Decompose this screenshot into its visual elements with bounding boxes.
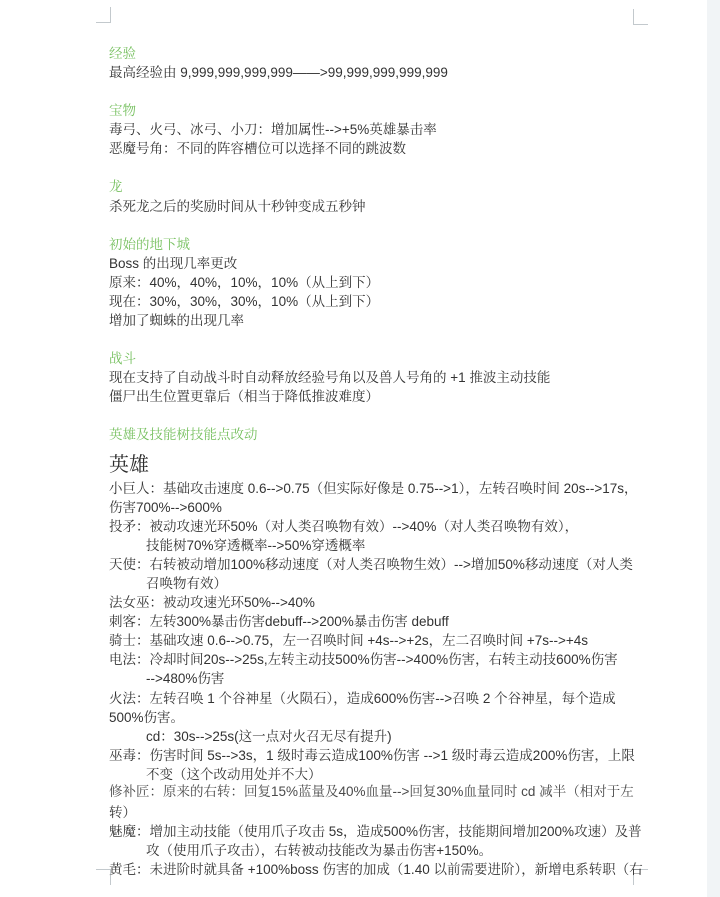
text-line: 刺客：左转300%暴击伤害debuff-->200%暴击伤害 debuff bbox=[109, 612, 654, 631]
document-content: 经验最高经验由 9,999,999,999,999——>99,999,999,9… bbox=[109, 0, 654, 879]
section-heading: 初始的地下城 bbox=[109, 235, 654, 254]
text-line: 毒弓、火弓、冰弓、小刀：增加属性-->+5%英雄暴击率 bbox=[109, 120, 654, 139]
text-line: 恶魔号角：不同的阵容槽位可以选择不同的跳波数 bbox=[109, 139, 654, 158]
text-line: 最高经验由 9,999,999,999,999——>99,999,999,999… bbox=[109, 63, 654, 82]
section-heading: 龙 bbox=[109, 177, 654, 196]
text-line: 增加了蜘蛛的出现几率 bbox=[109, 311, 654, 330]
text-line: 500%伤害。 bbox=[109, 708, 654, 727]
text-line: 魅魔：增加主动技能（使用爪子攻击 5s，造成500%伤害，技能期间增加200%攻… bbox=[109, 822, 654, 841]
text-line: 电法：冷却时间20s-->25s,左转主动技500%伤害-->400%伤害，右转… bbox=[109, 650, 654, 669]
text-line: 现在：30%，30%，30%，10%（从上到下） bbox=[109, 292, 654, 311]
text-line: 修补匠：原来的右转：回复15%蓝量及40%血量-->回复30%血量同时 cd 减… bbox=[109, 784, 654, 803]
text-line: 巫毒：伤害时间 5s-->3s，1 级时毒云造成100%伤害 -->1 级时毒云… bbox=[109, 746, 654, 765]
text-line: 攻（使用爪子攻击），右转被动技能改为暴击伤害+150%。 bbox=[109, 841, 654, 860]
section-heading: 战斗 bbox=[109, 349, 654, 368]
page-heading: 英雄 bbox=[109, 451, 654, 479]
text-line: 僵尸出生位置更靠后（相当于降低推波难度） bbox=[109, 387, 654, 406]
text-line: 杀死龙之后的奖励时间从十秒钟变成五秒钟 bbox=[109, 197, 654, 216]
text-line: 火法：左转召唤 1 个谷神星（火陨石），造成600%伤害-->召唤 2 个谷神星… bbox=[109, 689, 654, 708]
section-heading: 宝物 bbox=[109, 101, 654, 120]
text-line: 法女巫：被动攻速光环50%-->40% bbox=[109, 593, 654, 612]
section-heading: 经验 bbox=[109, 44, 654, 63]
text-line: cd：30s-->25s(这一点对火召无尽有提升) bbox=[109, 727, 654, 746]
text-line: 不变（这个改动用处并不大） bbox=[109, 765, 654, 784]
page-right-edge-strip bbox=[707, 0, 720, 897]
text-line: 现在支持了自动战斗时自动释放经验号角以及兽人号角的 +1 推波主动技能 bbox=[109, 368, 654, 387]
text-line: 天使：右转被动增加100%移动速度（对人类召唤物生效）-->增加50%移动速度（… bbox=[109, 555, 654, 574]
text-line: Boss 的出现几率更改 bbox=[109, 254, 654, 273]
section-heading: 英雄及技能树技能点改动 bbox=[109, 425, 654, 444]
text-line: 召唤物有效） bbox=[109, 574, 654, 593]
text-line: 伤害700%-->600% bbox=[109, 498, 654, 517]
text-line: 黄毛：未进阶时就具备 +100%boss 伤害的加成（1.40 以前需要进阶），… bbox=[109, 860, 654, 879]
text-line: 转） bbox=[109, 803, 654, 822]
text-line: 技能树70%穿透概率-->50%穿透概率 bbox=[109, 536, 654, 555]
text-line: 投矛：被动攻速光环50%（对人类召唤物有效）-->40%（对人类召唤物有效）， bbox=[109, 517, 654, 536]
text-line: 小巨人：基础攻击速度 0.6-->0.75（但实际好像是 0.75-->1），左… bbox=[109, 479, 654, 498]
text-line: -->480%伤害 bbox=[109, 669, 654, 688]
text-line: 原来：40%，40%，10%，10%（从上到下） bbox=[109, 273, 654, 292]
text-line: 骑士：基础攻速 0.6-->0.75，左一召唤时间 +4s-->+2s，左二召唤… bbox=[109, 631, 654, 650]
document-page: 经验最高经验由 9,999,999,999,999——>99,999,999,9… bbox=[0, 0, 720, 897]
